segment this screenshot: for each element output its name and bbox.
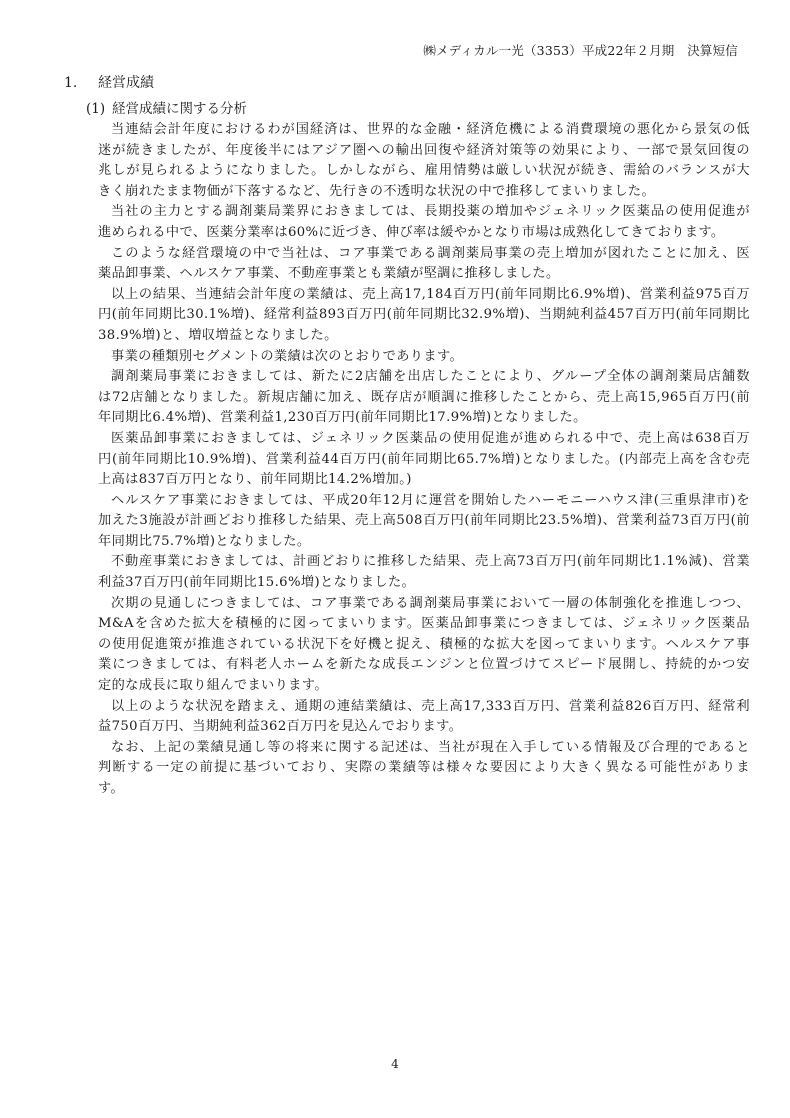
- subsection-heading: (1)経営成績に関する分析: [86, 97, 247, 117]
- paragraph-line: 業につきましては、有料老人ホームを新たな成長エンジンと位置づけてスピード展開し、…: [98, 655, 750, 676]
- section-heading: 1.経営成績: [64, 72, 154, 92]
- paragraph-line: 事業の種類別セグメントの業績は次のとおりであります。: [98, 347, 750, 368]
- document-body: 当連結会計年度におけるわが国経済は、世界的な金融・経済危機による消費環境の悪化か…: [98, 120, 750, 800]
- paragraph-line: 薬品卸事業、ヘルスケア事業、不動産事業とも業績が堅調に推移しました。: [98, 264, 750, 285]
- paragraph: 医薬品卸事業におきましては、ジェネリック医薬品の使用促進が進められる中で、売上高…: [98, 429, 750, 491]
- paragraph-line: 調剤薬局事業におきましては、新たに2店舗を出店したことにより、グループ全体の調剤…: [98, 367, 750, 388]
- paragraph-line: 年同期比75.7%増)となりました。: [98, 532, 750, 553]
- paragraph-line: M&Aを含めた拡大を積極的に図ってまいります。医薬品卸事業につきましては、ジェネ…: [98, 614, 750, 635]
- paragraph: 以上のような状況を踏まえ、通期の連結業績は、売上高17,333百万円、営業利益8…: [98, 697, 750, 738]
- paragraph-line: 定的な成長に取り組んでまいります。: [98, 676, 750, 697]
- paragraph-line: 38.9%増)と、増収増益となりました。: [98, 326, 750, 347]
- page-number: 4: [0, 1057, 790, 1071]
- paragraph-line: ヘルスケア事業におきましては、平成20年12月に運営を開始したハーモニーハウス津…: [98, 491, 750, 512]
- section-title: 経営成績: [98, 75, 154, 91]
- paragraph-line: 益750百万円、当期純利益362百万円を見込んでおります。: [98, 717, 750, 738]
- paragraph-line: 当連結会計年度におけるわが国経済は、世界的な金融・経済危機による消費環境の悪化か…: [98, 120, 750, 141]
- paragraph-line: 円(前年同期比30.1%増)、経常利益893百万円(前年同期比32.9%増)、当…: [98, 305, 750, 326]
- paragraph: 事業の種類別セグメントの業績は次のとおりであります。: [98, 347, 750, 368]
- paragraph-line: 以上のような状況を踏まえ、通期の連結業績は、売上高17,333百万円、営業利益8…: [98, 697, 750, 718]
- paragraph-line: 医薬品卸事業におきましては、ジェネリック医薬品の使用促進が進められる中で、売上高…: [98, 429, 750, 450]
- paragraph: なお、上記の業績見通し等の将来に関する記述は、当社が現在入手している情報及び合理…: [98, 738, 750, 800]
- paragraph-line: 上高は837百万円となり、前年同期比14.2%増加。): [98, 470, 750, 491]
- paragraph-line: 利益37百万円(前年同期比15.6%増)となりました。: [98, 573, 750, 594]
- document-header: ㈱メディカル一光（3353）平成22年２月期 決算短信: [423, 41, 738, 59]
- paragraph-line: 兆しが見られるようになりました。しかしながら、雇用情勢は厳しい状況が続き、需給の…: [98, 161, 750, 182]
- paragraph: 当連結会計年度におけるわが国経済は、世界的な金融・経済危機による消費環境の悪化か…: [98, 120, 750, 202]
- paragraph-line: 円(前年同期比10.9%増)、営業利益44百万円(前年同期比65.7%増)となり…: [98, 450, 750, 471]
- paragraph-line: きく崩れたまま物価が下落するなど、先行きの不透明な状況の中で推移してまいりました…: [98, 182, 750, 203]
- paragraph-line: 当社の主力とする調剤薬局業界におきましては、長期投薬の増加やジェネリック医薬品の…: [98, 202, 750, 223]
- paragraph-line: 迷が続きましたが、年度後半にはアジア圏への輸出回復や経済対策等の効果により、一部…: [98, 141, 750, 162]
- paragraph-line: 次期の見通しにつきましては、コア事業である調剤薬局事業において一層の体制強化を推…: [98, 594, 750, 615]
- subsection-title: 経営成績に関する分析: [112, 101, 247, 117]
- paragraph-line: す。: [98, 779, 750, 800]
- paragraph: 調剤薬局事業におきましては、新たに2店舗を出店したことにより、グループ全体の調剤…: [98, 367, 750, 429]
- paragraph-line: このような経営環境の中で当社は、コア事業である調剤薬局事業の売上増加が図れたこと…: [98, 244, 750, 265]
- subsection-number: (1): [86, 101, 112, 117]
- paragraph: 以上の結果、当連結会計年度の業績は、売上高17,184百万円(前年同期比6.9%…: [98, 285, 750, 347]
- paragraph-line: 判断する一定の前提に基づいており、実際の業績等は様々な要因により大きく異なる可能…: [98, 758, 750, 779]
- paragraph-line: なお、上記の業績見通し等の将来に関する記述は、当社が現在入手している情報及び合理…: [98, 738, 750, 759]
- paragraph: 当社の主力とする調剤薬局業界におきましては、長期投薬の増加やジェネリック医薬品の…: [98, 202, 750, 243]
- paragraph-line: 不動産事業におきましては、計画どおりに推移した結果、売上高73百万円(前年同期比…: [98, 552, 750, 573]
- paragraph: 不動産事業におきましては、計画どおりに推移した結果、売上高73百万円(前年同期比…: [98, 552, 750, 593]
- paragraph-line: の使用促進策が推進されている状況下を好機と捉え、積極的な拡大を図ってまいります。…: [98, 635, 750, 656]
- paragraph: このような経営環境の中で当社は、コア事業である調剤薬局事業の売上増加が図れたこと…: [98, 244, 750, 285]
- paragraph-line: 加えた3施設が計画どおり推移した結果、売上高508百万円(前年同期比23.5%増…: [98, 511, 750, 532]
- paragraph: 次期の見通しにつきましては、コア事業である調剤薬局事業において一層の体制強化を推…: [98, 594, 750, 697]
- paragraph-line: 年同期比6.4%増)、営業利益1,230百万円(前年同期比17.9%増)となりま…: [98, 408, 750, 429]
- paragraph-line: 進められる中で、医薬分業率は60%に近づき、伸び率は緩やかとなり市場は成熟化して…: [98, 223, 750, 244]
- section-number: 1.: [64, 75, 98, 91]
- paragraph-line: 以上の結果、当連結会計年度の業績は、売上高17,184百万円(前年同期比6.9%…: [98, 285, 750, 306]
- paragraph: ヘルスケア事業におきましては、平成20年12月に運営を開始したハーモニーハウス津…: [98, 491, 750, 553]
- paragraph-line: は72店舗となりました。新規店舗に加え、既存店が順調に推移したことから、売上高1…: [98, 388, 750, 409]
